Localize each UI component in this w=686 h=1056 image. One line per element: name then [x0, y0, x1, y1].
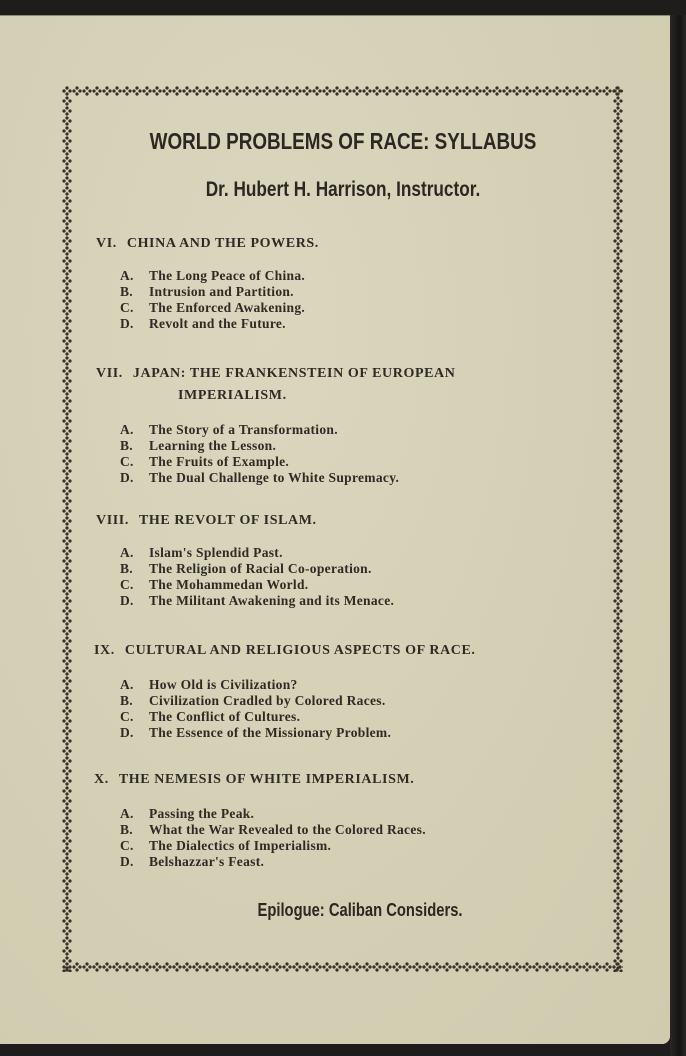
section-numeral: VII. [96, 366, 123, 382]
list-item: C.The Fruits of Example. [120, 454, 399, 470]
list-item: D.The Essence of the Missionary Problem. [120, 725, 391, 741]
list-item: B.What the War Revealed to the Colored R… [120, 822, 426, 838]
list-item: D.The Militant Awakening and its Menace. [120, 593, 394, 609]
border-ornament-bottom [62, 962, 623, 972]
list-item: A.The Story of a Transformation. [120, 422, 399, 438]
epilogue-line: Epilogue: Caliban Considers. [65, 900, 628, 921]
list-item: D.Belshazzar's Feast. [120, 854, 426, 870]
section-numeral: X. [94, 772, 109, 788]
section-heading-vi: VI.CHINA AND THE POWERS. [96, 236, 319, 252]
list-item: A.Islam's Splendid Past. [120, 545, 394, 561]
list-item: C.The Conflict of Cultures. [120, 709, 391, 725]
list-item: A.The Long Peace of China. [120, 268, 305, 284]
section-items-vii: A.The Story of a Transformation. B.Learn… [120, 422, 399, 486]
section-title: THE NEMESIS OF WHITE IMPERIALISM. [119, 772, 415, 787]
section-title: CULTURAL AND RELIGIOUS ASPECTS OF RACE. [125, 643, 476, 658]
page-edge-shadow [670, 15, 686, 1056]
section-heading-x: X.THE NEMESIS OF WHITE IMPERIALISM. [94, 772, 414, 788]
section-title: THE REVOLT OF ISLAM. [139, 513, 317, 528]
section-numeral: IX. [94, 643, 115, 659]
section-heading-ix: IX.CULTURAL AND RELIGIOUS ASPECTS OF RAC… [94, 643, 476, 659]
instructor-line: Dr. Hubert H. Harrison, Instructor. [62, 178, 625, 202]
border-ornament-top [62, 86, 623, 96]
list-item: A.How Old is Civilization? [120, 677, 391, 693]
section-title: JAPAN: THE FRANKENSTEIN OF EUROPEAN [133, 366, 456, 381]
list-item: C.The Dialectics of Imperialism. [120, 838, 426, 854]
border-ornament-left [62, 86, 72, 972]
section-heading-viii: VIII.THE REVOLT OF ISLAM. [96, 513, 317, 529]
section-items-x: A.Passing the Peak. B.What the War Revea… [120, 806, 426, 870]
list-item: B.Civilization Cradled by Colored Races. [120, 693, 391, 709]
section-items-vi: A.The Long Peace of China. B.Intrusion a… [120, 268, 305, 332]
list-item: C.The Enforced Awakening. [120, 300, 305, 316]
section-title: CHINA AND THE POWERS. [127, 236, 319, 251]
section-numeral: VI. [96, 236, 117, 252]
section-numeral: VIII. [96, 513, 129, 529]
list-item: A.Passing the Peak. [120, 806, 426, 822]
document-title: WORLD PROBLEMS OF RACE: SYLLABUS [62, 128, 625, 155]
list-item: C.The Mohammedan World. [120, 577, 394, 593]
list-item: D.The Dual Challenge to White Supremacy. [120, 470, 399, 486]
list-item: B.The Religion of Racial Co-operation. [120, 561, 394, 577]
list-item: D.Revolt and the Future. [120, 316, 305, 332]
border-ornament-right [613, 86, 623, 972]
list-item: B.Learning the Lesson. [120, 438, 399, 454]
section-heading-vii-cont: IMPERIALISM. [178, 388, 287, 404]
section-items-ix: A.How Old is Civilization? B.Civilizatio… [120, 677, 391, 741]
section-heading-vii: VII.JAPAN: THE FRANKENSTEIN OF EUROPEAN [96, 366, 455, 382]
section-items-viii: A.Islam's Splendid Past. B.The Religion … [120, 545, 394, 609]
list-item: B.Intrusion and Partition. [120, 284, 305, 300]
